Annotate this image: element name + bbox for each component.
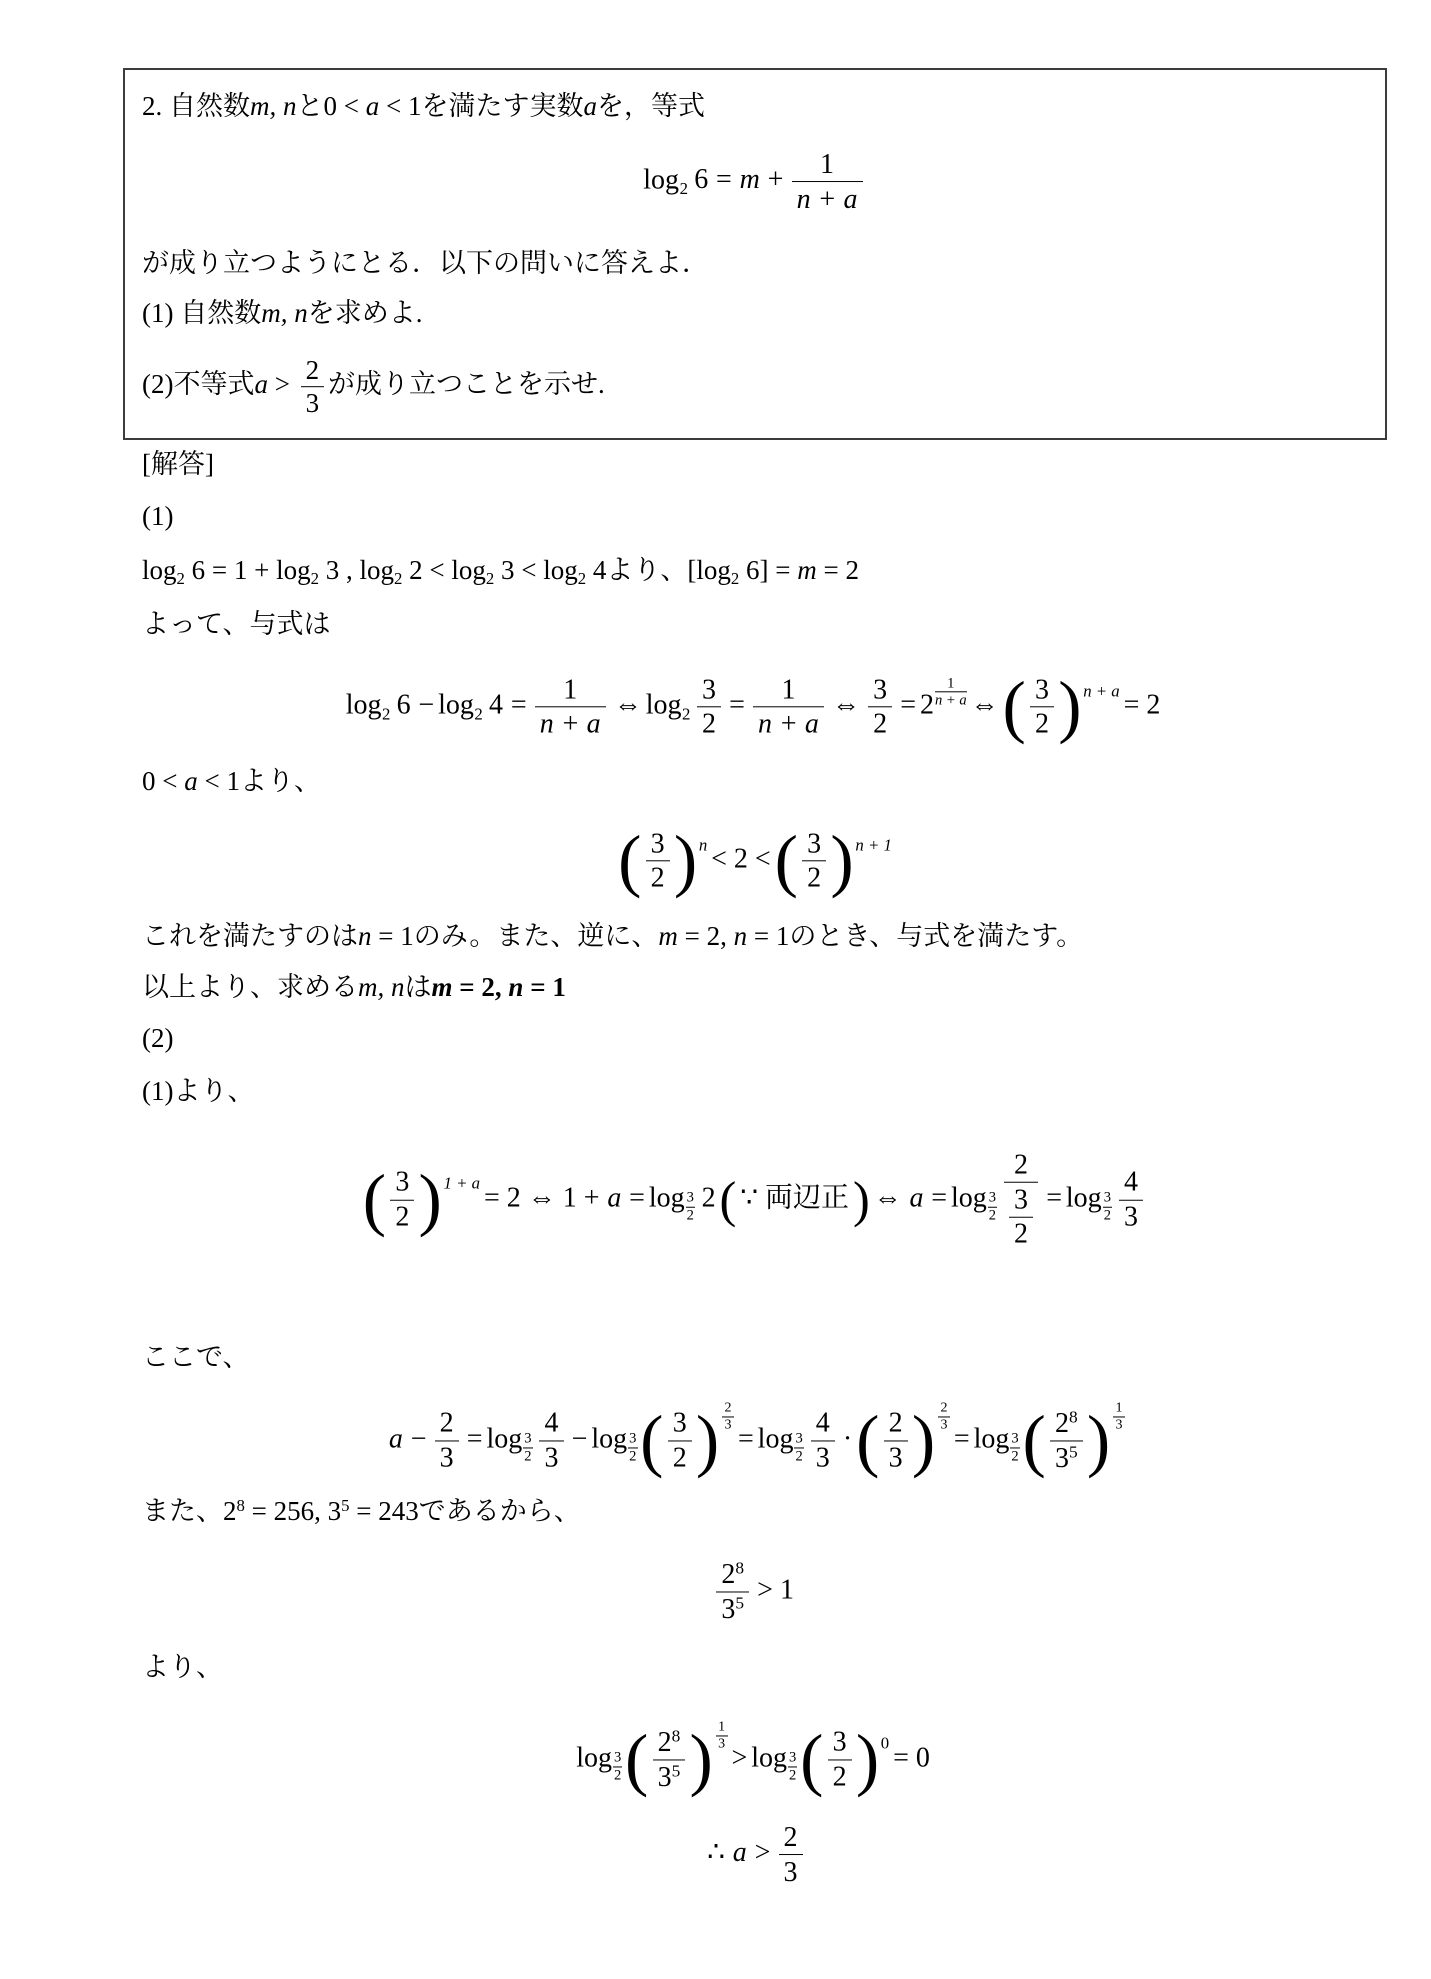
text-run: 3 , xyxy=(319,555,360,585)
math-token: 3 xyxy=(884,1441,908,1473)
text-run: = 1のみ。また、逆に、 xyxy=(372,921,659,951)
text-run: log xyxy=(142,555,177,585)
part1-range-line: 0 < a < 1より、 xyxy=(142,765,321,799)
math-token: 4 xyxy=(1119,1167,1143,1200)
iff-symbol: ⇔ xyxy=(614,689,642,720)
text-run: 6] = xyxy=(739,555,797,585)
text-run: 8 xyxy=(237,1496,245,1515)
math-token: が成り立つことを示せ. xyxy=(328,369,605,399)
math-token: 2 xyxy=(390,1201,414,1233)
superscript: 8 xyxy=(1069,1407,1078,1426)
part1-label: (1) xyxy=(142,500,173,534)
log-word: log xyxy=(951,1182,987,1213)
math-token: > 1 xyxy=(757,1574,794,1605)
text-run: 2 xyxy=(578,569,586,588)
right-paren: ) xyxy=(853,1174,870,1227)
math-token: 2 xyxy=(686,1208,696,1225)
text-run: 2. 自然数 xyxy=(142,91,250,121)
text-run: を，等式 xyxy=(597,91,705,121)
denominator: 3 xyxy=(301,388,324,419)
right-paren: ) xyxy=(689,1724,712,1795)
math-token: 2 xyxy=(613,1767,623,1784)
fraction: 2835 xyxy=(653,1726,686,1793)
log-word: log xyxy=(974,1423,1010,1454)
math-variable: a xyxy=(909,1182,923,1213)
superscript: 5 xyxy=(735,1594,744,1613)
math-token: n + a xyxy=(935,692,967,708)
text-run: log xyxy=(276,555,311,585)
log-word: log xyxy=(346,689,382,720)
math-token: 2 xyxy=(828,1760,852,1792)
right-paren: ) xyxy=(830,825,853,896)
text-run: (1)より、 xyxy=(142,1076,254,1106)
math-token: 3 xyxy=(435,1441,459,1473)
exponent-fraction: 1n + a xyxy=(935,675,967,708)
fraction: 32 xyxy=(390,1167,414,1233)
math-token: 3 xyxy=(802,828,826,861)
right-paren: ) xyxy=(674,825,697,896)
text-run: (2)不等式 xyxy=(142,369,254,399)
math-variable: n xyxy=(358,921,372,951)
math-token: n + a xyxy=(535,708,606,740)
math-token: 3 xyxy=(721,1594,735,1625)
text-run: 0 < xyxy=(142,766,184,796)
math-token: 3 xyxy=(628,1431,638,1449)
exponent: 0 xyxy=(881,1734,889,1753)
left-paren: ( xyxy=(720,1174,737,1227)
math-variable: a xyxy=(733,1837,747,1868)
log-word: log xyxy=(649,1182,685,1213)
math-token: > xyxy=(732,1742,748,1773)
text-run: 以上より、求める xyxy=(142,972,358,1002)
eq-conclusion: ∴a>23 xyxy=(123,1822,1387,1888)
text-run: (1) xyxy=(142,501,173,531)
math-token: 3 xyxy=(868,674,892,707)
math-token: 2 xyxy=(779,1822,803,1855)
right-paren: ) xyxy=(1087,1405,1110,1476)
log-word: log xyxy=(486,1423,522,1454)
text-run: > xyxy=(268,369,297,399)
math-token: 1 xyxy=(753,674,824,707)
fraction: 32 xyxy=(697,674,721,740)
math-token: 3 xyxy=(1055,1443,1069,1474)
math-token: 13 xyxy=(1113,1401,1125,1433)
text-run: より、 xyxy=(142,1652,223,1682)
fraction: 2835 xyxy=(1050,1407,1083,1474)
math-variable: m xyxy=(740,164,760,195)
math-token: 3 xyxy=(1009,1184,1033,1217)
math-token: = xyxy=(931,1182,947,1213)
text-run: log xyxy=(696,555,731,585)
fraction: 43 xyxy=(811,1408,835,1474)
math-token: = xyxy=(954,1423,970,1454)
math-token: 4 xyxy=(539,1408,563,1441)
math-token: = xyxy=(729,689,745,720)
log-base-fraction: 32 xyxy=(988,1190,998,1224)
right-paren: ) xyxy=(1058,671,1081,742)
log-base: 2 xyxy=(680,179,688,198)
iff-symbol: ⇔ xyxy=(832,689,860,720)
math-variable: m, n xyxy=(261,298,308,328)
math-token: 3 xyxy=(658,1762,672,1793)
left-paren: ( xyxy=(363,1164,386,1235)
math-token: 2 xyxy=(668,1441,692,1473)
log-word: log xyxy=(438,689,474,720)
superscript: 8 xyxy=(735,1558,744,1577)
math-token: n + a xyxy=(753,708,824,740)
iff-symbol: ⇔ xyxy=(874,1182,902,1213)
math-token: 3 xyxy=(646,828,670,861)
superscript: 5 xyxy=(672,1761,681,1780)
math-token: 3 xyxy=(539,1441,563,1473)
text-run: log xyxy=(543,555,578,585)
math-token: 4 xyxy=(811,1408,835,1441)
text-run: よって、与式は xyxy=(142,609,330,639)
math-token: 23 xyxy=(938,1401,950,1433)
fraction: 32 xyxy=(668,1408,692,1474)
math-token: 3 xyxy=(613,1750,623,1768)
math-variable: m xyxy=(797,555,817,585)
text-run: = 2 xyxy=(817,555,859,585)
question-2: (2)不等式a > 23が成り立つことを示せ. xyxy=(142,355,605,419)
math-token: 3 xyxy=(1119,1201,1143,1233)
text-run: < 1を満たす実数 xyxy=(379,91,583,121)
iff-symbol: ⇔ xyxy=(971,689,999,720)
math-token: 13 xyxy=(716,1720,728,1752)
math-token: 2 xyxy=(794,1448,804,1465)
math-token: 2 xyxy=(382,704,390,723)
log-base-fraction: 32 xyxy=(523,1431,533,1465)
text-run: = 2, xyxy=(678,921,734,951)
math-token: = xyxy=(629,1182,645,1213)
log-word: log xyxy=(1066,1182,1102,1213)
math-token: = xyxy=(1046,1182,1062,1213)
math-token: 3 xyxy=(794,1431,804,1449)
fraction: 23 xyxy=(884,1408,908,1474)
math-token: 2 xyxy=(868,708,892,740)
condition-line: が成り立つようにとる．以下の問いに答えよ． xyxy=(142,247,709,281)
text-run: = 1のとき、与式を満たす。 xyxy=(747,921,1083,951)
math-token: 4 xyxy=(489,689,503,720)
text-run: が成り立つことを示せ. xyxy=(328,369,605,399)
fraction: 32 xyxy=(646,828,670,894)
math-variable: a xyxy=(184,766,198,796)
text-run: を求めよ. xyxy=(308,298,423,328)
math-token: 2 xyxy=(523,1448,533,1465)
math-variable: a xyxy=(607,1182,621,1213)
nested-fraction: 232 xyxy=(1004,1150,1038,1251)
left-paren: ( xyxy=(1002,671,1025,742)
log-base-fraction: 32 xyxy=(794,1431,804,1465)
because-note: ∵ 両辺正 xyxy=(740,1182,849,1213)
math-variable: a xyxy=(583,91,597,121)
text-run: 4より、[ xyxy=(586,555,696,585)
math-variable: m, n xyxy=(250,91,297,121)
left-paren: ( xyxy=(640,1405,663,1476)
fraction: 32 xyxy=(1009,1184,1033,1250)
log-base-fraction: 32 xyxy=(613,1750,623,1784)
math-token: (2)不等式a > xyxy=(142,369,297,399)
math-token: = 2 ⇔ 1 + xyxy=(484,1182,600,1213)
left-paren: ( xyxy=(800,1724,823,1795)
text-run: また、2 xyxy=(142,1496,237,1526)
part2-values-line: また、28 = 256, 35 = 243であるから、 xyxy=(142,1495,581,1529)
exponent-fraction: 23 xyxy=(722,1399,734,1433)
fraction: 32 xyxy=(868,674,892,740)
math-token: 2 xyxy=(435,1408,459,1441)
math-token: 3 xyxy=(668,1408,692,1441)
math-token: 3 xyxy=(1113,1417,1125,1433)
math-token: 3 xyxy=(788,1750,798,1768)
superscript: 5 xyxy=(1069,1442,1078,1461)
math-token: 28 xyxy=(653,1726,686,1760)
math-token: = xyxy=(467,1423,483,1454)
log-base-fraction: 32 xyxy=(628,1431,638,1465)
math-token: 3 xyxy=(716,1736,728,1752)
left-paren: ( xyxy=(856,1405,879,1476)
math-token: 1 xyxy=(1113,1401,1125,1417)
therefore-symbol: ∴ xyxy=(707,1837,725,1868)
exponent-fraction: 13 xyxy=(716,1718,728,1752)
math-token: 2 xyxy=(1010,1448,1020,1465)
math-token: 35 xyxy=(653,1760,686,1793)
math-token: 2 xyxy=(697,708,721,740)
cdot-symbol: · xyxy=(843,1423,852,1454)
math-token: 3 xyxy=(1030,674,1054,707)
eq-exponent-solve: (32)1 + a= 2 ⇔ 1 +a=log322(∵ 両辺正)⇔a=log3… xyxy=(123,1150,1387,1251)
text-run: 0 < xyxy=(324,91,366,121)
math-token: 2 xyxy=(682,704,690,723)
math-token: 6 xyxy=(397,689,411,720)
math-token: < 2 < xyxy=(711,843,771,874)
part1-therefore-line: よって、与式は xyxy=(142,608,330,642)
text-run: 2 xyxy=(177,569,185,588)
math-token: 2 xyxy=(721,1559,735,1590)
math-token: = xyxy=(900,689,916,720)
denominator: n + a xyxy=(792,183,863,215)
math-token: 3 xyxy=(811,1441,835,1473)
right-paren: ) xyxy=(419,1164,442,1235)
text-run: = 1 xyxy=(523,972,565,1002)
math-token: 28 xyxy=(1050,1407,1083,1441)
part1-unique-line: これを満たすのはn = 1のみ。また、逆に、m = 2, n = 1のとき、与式… xyxy=(142,920,1083,954)
math-token: − xyxy=(418,689,434,720)
math-token: = 0 xyxy=(893,1742,930,1773)
eq-log-comparison: log32(2835)13>log32(32)0= 0 xyxy=(123,1718,1387,1795)
text-run: は xyxy=(405,972,432,1002)
fraction: 32 xyxy=(828,1727,852,1793)
part2-label: (2) xyxy=(142,1022,173,1056)
left-paren: ( xyxy=(625,1724,648,1795)
fraction: 1n + a xyxy=(792,149,863,215)
text-run: ここで、 xyxy=(142,1342,249,1372)
exponent: n + a xyxy=(1083,681,1120,700)
eq-difference: a−23=log3243−log32(32)23=log3243·(23)23=… xyxy=(123,1399,1387,1476)
math-token: 3 xyxy=(390,1167,414,1200)
log-base-fraction: 32 xyxy=(1103,1190,1113,1224)
math-token: 2 xyxy=(884,1408,908,1441)
math-token: 2 xyxy=(1055,1408,1069,1439)
math-token: 2 xyxy=(474,704,482,723)
log-base-fraction: 32 xyxy=(788,1750,798,1784)
math-token: 3 xyxy=(938,1417,950,1433)
fraction: 32 xyxy=(802,828,826,894)
text-run: 2 xyxy=(311,569,319,588)
math-variable: n xyxy=(508,972,523,1002)
fraction: 23 xyxy=(435,1408,459,1474)
math-variable: m xyxy=(658,921,678,951)
text-run: と xyxy=(297,91,324,121)
text-run: 2 xyxy=(486,569,494,588)
problem-statement: 2. 自然数m, nと0 < a < 1を満たす実数aを，等式 xyxy=(142,90,705,124)
text-run: log xyxy=(360,555,395,585)
numerator: 1 xyxy=(792,149,863,182)
right-paren: ) xyxy=(912,1405,935,1476)
part2-hence-line: より、 xyxy=(142,1651,223,1685)
left-paren: ( xyxy=(1022,1405,1045,1476)
math-token: 32 xyxy=(1004,1183,1038,1250)
right-paren: ) xyxy=(696,1405,719,1476)
math-token: 2 xyxy=(722,1401,734,1417)
fraction: 1n + a xyxy=(535,674,606,740)
math-token: = 2 xyxy=(1124,689,1161,720)
log-base-fraction: 32 xyxy=(686,1190,696,1224)
exponent-fraction: 13 xyxy=(1113,1399,1125,1433)
numerator: 2 xyxy=(301,355,324,387)
math-token: 2 xyxy=(1009,1218,1033,1250)
superscript: 8 xyxy=(672,1726,681,1745)
log-word: log xyxy=(576,1742,612,1773)
solution-header: [解答] xyxy=(142,448,214,482)
math-token: 3 xyxy=(828,1727,852,1760)
math-token: 3 xyxy=(1010,1431,1020,1449)
exponent: 1 + a xyxy=(444,1174,481,1193)
math-token: 35 xyxy=(716,1593,749,1626)
exponent-fraction: 23 xyxy=(938,1399,950,1433)
part1-log-line: log2 6 = 1 + log2 3 , log2 2 < log2 3 < … xyxy=(142,554,859,590)
part2-here-line: ここで、 xyxy=(142,1341,249,1375)
math-token: 1 xyxy=(535,674,606,707)
math-token: 3 xyxy=(722,1417,734,1433)
math-token: 3 xyxy=(1103,1190,1113,1208)
math-token: 2 xyxy=(658,1727,672,1758)
eq-power-inequality: (32)n< 2 <(32)n + 1 xyxy=(123,825,1387,896)
math-token: 2 xyxy=(1103,1208,1113,1225)
math-token: 1 xyxy=(716,1720,728,1736)
math-variable: a xyxy=(254,369,268,399)
math-token: 35 xyxy=(1050,1441,1083,1474)
math-token: 23 xyxy=(722,1401,734,1433)
log-word: log xyxy=(751,1742,787,1773)
text-run: これを満たすのは xyxy=(142,921,358,951)
math-token: = xyxy=(738,1423,754,1454)
text-run: (1) 自然数 xyxy=(142,298,261,328)
exponent: n xyxy=(699,835,707,854)
math-variable: m, n xyxy=(358,972,405,1002)
eq-ratio-inequality: 2835> 1 xyxy=(123,1558,1387,1625)
text-run: が成り立つようにとる．以下の問いに答えよ． xyxy=(142,248,709,278)
text-run: 3 < xyxy=(494,555,543,585)
log-word: log xyxy=(591,1423,627,1454)
math-token: 2 xyxy=(628,1448,638,1465)
text-run: = 2, xyxy=(453,972,509,1002)
text-run: 6 = 1 + xyxy=(185,555,276,585)
math-token: = xyxy=(716,164,732,195)
log-word: log xyxy=(758,1423,794,1454)
math-token: − xyxy=(411,1423,427,1454)
math-variable: a xyxy=(366,91,380,121)
fraction: 2835 xyxy=(716,1558,749,1625)
math-token: 2 xyxy=(788,1767,798,1784)
math-variable: a xyxy=(389,1423,403,1454)
fraction: 43 xyxy=(1119,1167,1143,1233)
eq-log-chain: log26−log24=1n + a⇔log232=1n + a⇔32=21n … xyxy=(123,671,1387,742)
math-token: 2 xyxy=(988,1208,998,1225)
math-token: 2 xyxy=(646,862,670,894)
text-run: = 256, 3 xyxy=(245,1496,341,1526)
math-token: 28 xyxy=(716,1558,749,1592)
log-word: log xyxy=(646,689,682,720)
math-token: 2 xyxy=(938,1401,950,1417)
math-token: 3 xyxy=(686,1190,696,1208)
document-page: 2. 自然数m, nと0 < a < 1を満たす実数aを，等式 log26=m+… xyxy=(0,0,1431,1979)
math-variable: m xyxy=(432,972,453,1002)
fraction: 43 xyxy=(539,1408,563,1474)
math-token: 3 xyxy=(523,1431,533,1449)
main-equation: log26=m+1n + a xyxy=(125,149,1385,215)
text-run: [解答] xyxy=(142,449,214,479)
math-token: 3 xyxy=(988,1190,998,1208)
math-token: 1 xyxy=(935,675,967,692)
text-run: = 243であるから、 xyxy=(349,1496,580,1526)
part2-from-line: (1)より、 xyxy=(142,1075,254,1109)
math-token: 2 xyxy=(1030,708,1054,740)
fraction: 23 xyxy=(301,355,324,419)
math-token: 2 xyxy=(920,689,934,720)
math-token: 2 xyxy=(702,1182,716,1213)
text-run: log xyxy=(451,555,486,585)
math-token: 3 xyxy=(779,1856,803,1888)
right-paren: ) xyxy=(856,1724,879,1795)
log-word: log xyxy=(643,164,679,195)
text-run: 2 < xyxy=(402,555,451,585)
question-1: (1) 自然数m, nを求めよ. xyxy=(142,297,422,331)
left-paren: ( xyxy=(775,825,798,896)
math-token: − xyxy=(572,1423,588,1454)
math-token: 6 xyxy=(694,164,708,195)
log-base-fraction: 32 xyxy=(1010,1431,1020,1465)
math-token: = xyxy=(511,689,527,720)
text-run: < 1より、 xyxy=(198,766,321,796)
part1-answer-line: 以上より、求めるm, nはm = 2, n = 1 xyxy=(142,971,566,1005)
math-token: 2 xyxy=(1004,1150,1038,1183)
problem-box: 2. 自然数m, nと0 < a < 1を満たす実数aを，等式 log26=m+… xyxy=(123,68,1387,440)
fraction: 32 xyxy=(1030,674,1054,740)
math-variable: n xyxy=(734,921,748,951)
fraction: 23 xyxy=(779,1822,803,1888)
math-token: 3 xyxy=(697,674,721,707)
left-paren: ( xyxy=(618,825,641,896)
text-run: (2) xyxy=(142,1023,173,1053)
math-token: + xyxy=(768,164,784,195)
math-token: 2 xyxy=(802,862,826,894)
fraction: 1n + a xyxy=(753,674,824,740)
math-token: > xyxy=(755,1837,771,1868)
exponent: n + 1 xyxy=(855,835,892,854)
